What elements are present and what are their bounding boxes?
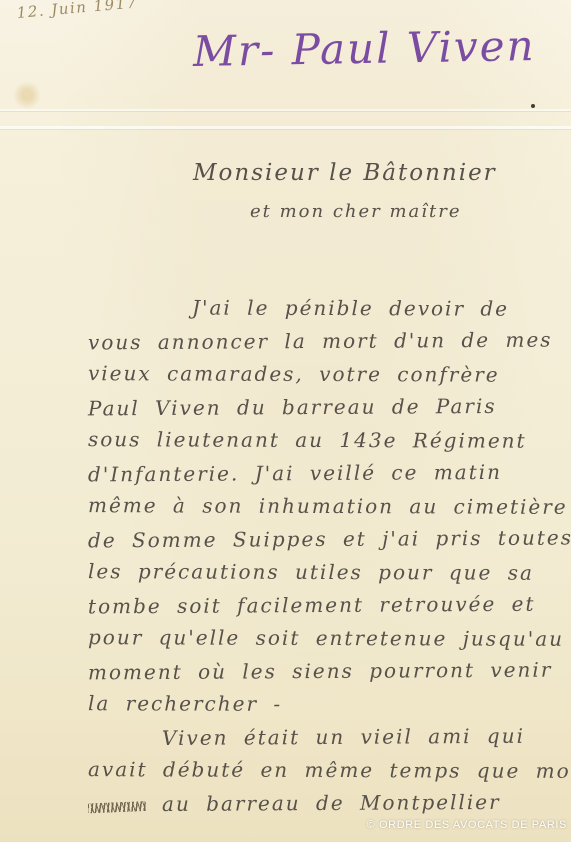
letter-line: la rechercher - xyxy=(88,687,557,722)
letter-line-text: au barreau de Montpellier xyxy=(162,790,501,816)
letter-line-text: vous annoncer la mort d'un de mes xyxy=(88,328,553,355)
letter-line-text: de Somme Suippes et j'ai pris toutes xyxy=(88,525,571,552)
letter-line-text: la rechercher - xyxy=(88,691,282,716)
letter-line: de Somme Suippes et j'ai pris toutes xyxy=(88,522,557,558)
letter-line-text: moment où les siens pourront venir xyxy=(88,658,552,685)
letter-line-text: les précautions utiles pour que sa xyxy=(88,559,534,585)
letter-line-text: même à son inhumation au cimetière xyxy=(88,493,568,519)
letter-line: tombe soit facilement retrouvée et xyxy=(88,588,557,624)
scribbled-out-word xyxy=(88,801,146,813)
letter-line-text: d'Infanterie. J'ai veillé ce matin xyxy=(88,460,502,487)
letter-body: J'ai le pénible devoir devous annoncer l… xyxy=(88,292,557,820)
letter-line: sous lieutenant au 143e Régiment xyxy=(88,423,557,458)
salutation-line-2: et mon cher maître xyxy=(250,201,462,222)
ink-dot xyxy=(531,104,535,108)
letter-line-text: avait débuté en même temps que moi xyxy=(88,757,571,783)
letter-title: Mr- Paul Viven xyxy=(193,21,536,76)
copyright-watermark: © ORDRE DES AVOCATS DE PARIS xyxy=(367,819,567,831)
letter-line: au barreau de Montpellier xyxy=(88,786,557,822)
letter-line: les précautions utiles pour que sa xyxy=(88,555,557,590)
letter-line: vieux camarades, votre confrère xyxy=(88,357,557,392)
letter-line: vous annoncer la mort d'un de mes xyxy=(88,324,557,360)
letter-line: même à son inhumation au cimetière xyxy=(88,489,557,524)
letter-line-text: vieux camarades, votre confrère xyxy=(88,361,500,386)
paper-crease xyxy=(0,109,571,111)
letter-line: pour qu'elle soit entretenue jusqu'au xyxy=(88,621,557,656)
letter-line-text: Viven était un vieil ami qui xyxy=(162,724,525,750)
letter-line-text: Paul Viven du barreau de Paris xyxy=(88,394,497,420)
letter-line: Paul Viven du barreau de Paris xyxy=(88,390,557,426)
letter-line: J'ai le pénible devoir de xyxy=(88,291,557,326)
letter-line: Viven était un vieil ami qui xyxy=(88,720,557,756)
paper-crease xyxy=(0,126,571,129)
letter-line: avait débuté en même temps que moi xyxy=(88,753,557,788)
salutation-line-1: Monsieur le Bâtonnier xyxy=(193,160,497,186)
letter-line-text: J'ai le pénible devoir de xyxy=(192,296,509,321)
letter-line-text: pour qu'elle soit entretenue jusqu'au xyxy=(88,625,564,651)
letter-scan-page: 12. Juin 1917 Mr- Paul Viven Monsieur le… xyxy=(0,0,571,842)
letter-line-text: tombe soit facilement retrouvée et xyxy=(88,592,536,619)
letter-line: moment où les siens pourront venir xyxy=(88,654,557,690)
letter-line-text: sous lieutenant au 143e Régiment xyxy=(88,427,527,453)
letter-line: d'Infanterie. J'ai veillé ce matin xyxy=(88,456,557,492)
date-annotation: 12. Juin 1917 xyxy=(16,0,138,22)
